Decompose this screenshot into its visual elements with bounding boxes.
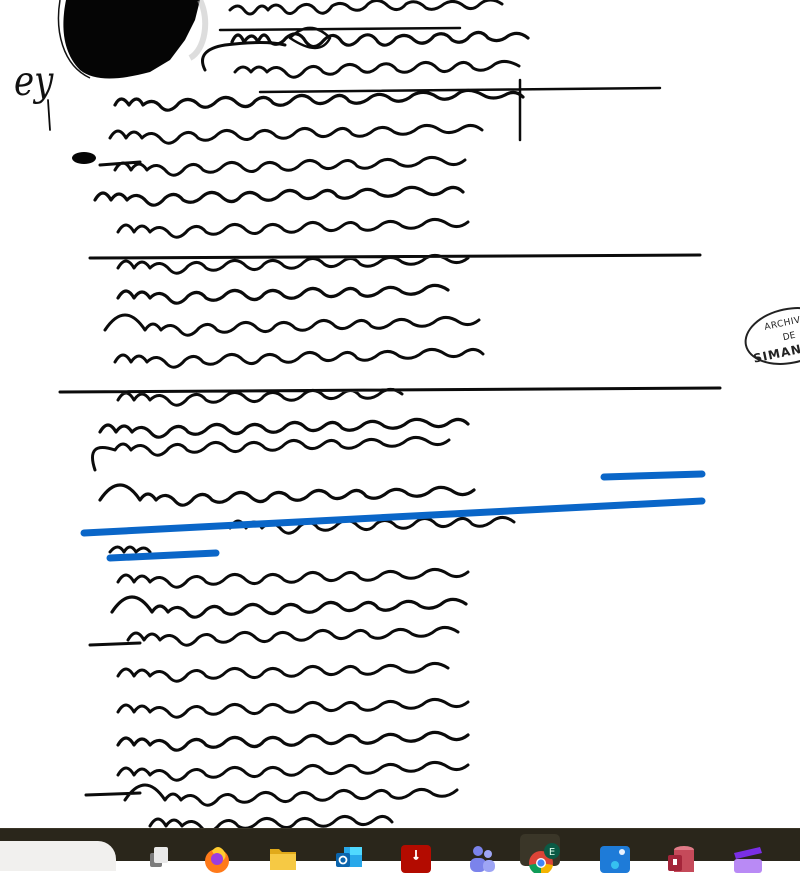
annotation-line-2 — [84, 501, 702, 533]
taskbar-search-box[interactable] — [0, 841, 116, 860]
access-icon — [666, 843, 696, 860]
acrobat-button[interactable] — [401, 843, 431, 860]
file-explorer-button[interactable] — [268, 843, 298, 860]
acrobat-icon — [401, 843, 431, 860]
outlook-icon — [334, 843, 364, 860]
chrome-button[interactable]: E — [527, 843, 557, 860]
image-viewer: ey ARCHIVO DE SIMANCAS — [0, 0, 800, 828]
profile-badge-letter: E — [549, 847, 555, 858]
access-button[interactable] — [666, 843, 696, 860]
manuscript-scan — [0, 0, 800, 828]
annotation-line-3 — [110, 553, 216, 558]
outlook-button[interactable] — [334, 843, 364, 860]
firefox-button[interactable] — [202, 843, 232, 860]
task-view-button[interactable] — [144, 843, 174, 860]
annotation-line-1 — [604, 474, 702, 477]
handwriting — [48, 0, 720, 828]
clipchamp-button[interactable] — [730, 843, 760, 860]
firefox-icon — [202, 843, 232, 860]
chrome-icon: E — [527, 843, 561, 860]
task-view-icon — [144, 843, 174, 860]
teams-icon — [467, 843, 497, 860]
ink-blot — [59, 0, 206, 79]
clipchamp-icon — [730, 843, 764, 860]
taskbar: E — [0, 828, 800, 860]
folder-icon — [268, 843, 298, 860]
company-portal-icon — [600, 843, 630, 860]
company-portal-button[interactable] — [600, 843, 630, 860]
teams-button[interactable] — [467, 843, 497, 860]
blue-highlight-annotations — [84, 474, 702, 558]
margin-note: ey — [14, 58, 53, 106]
